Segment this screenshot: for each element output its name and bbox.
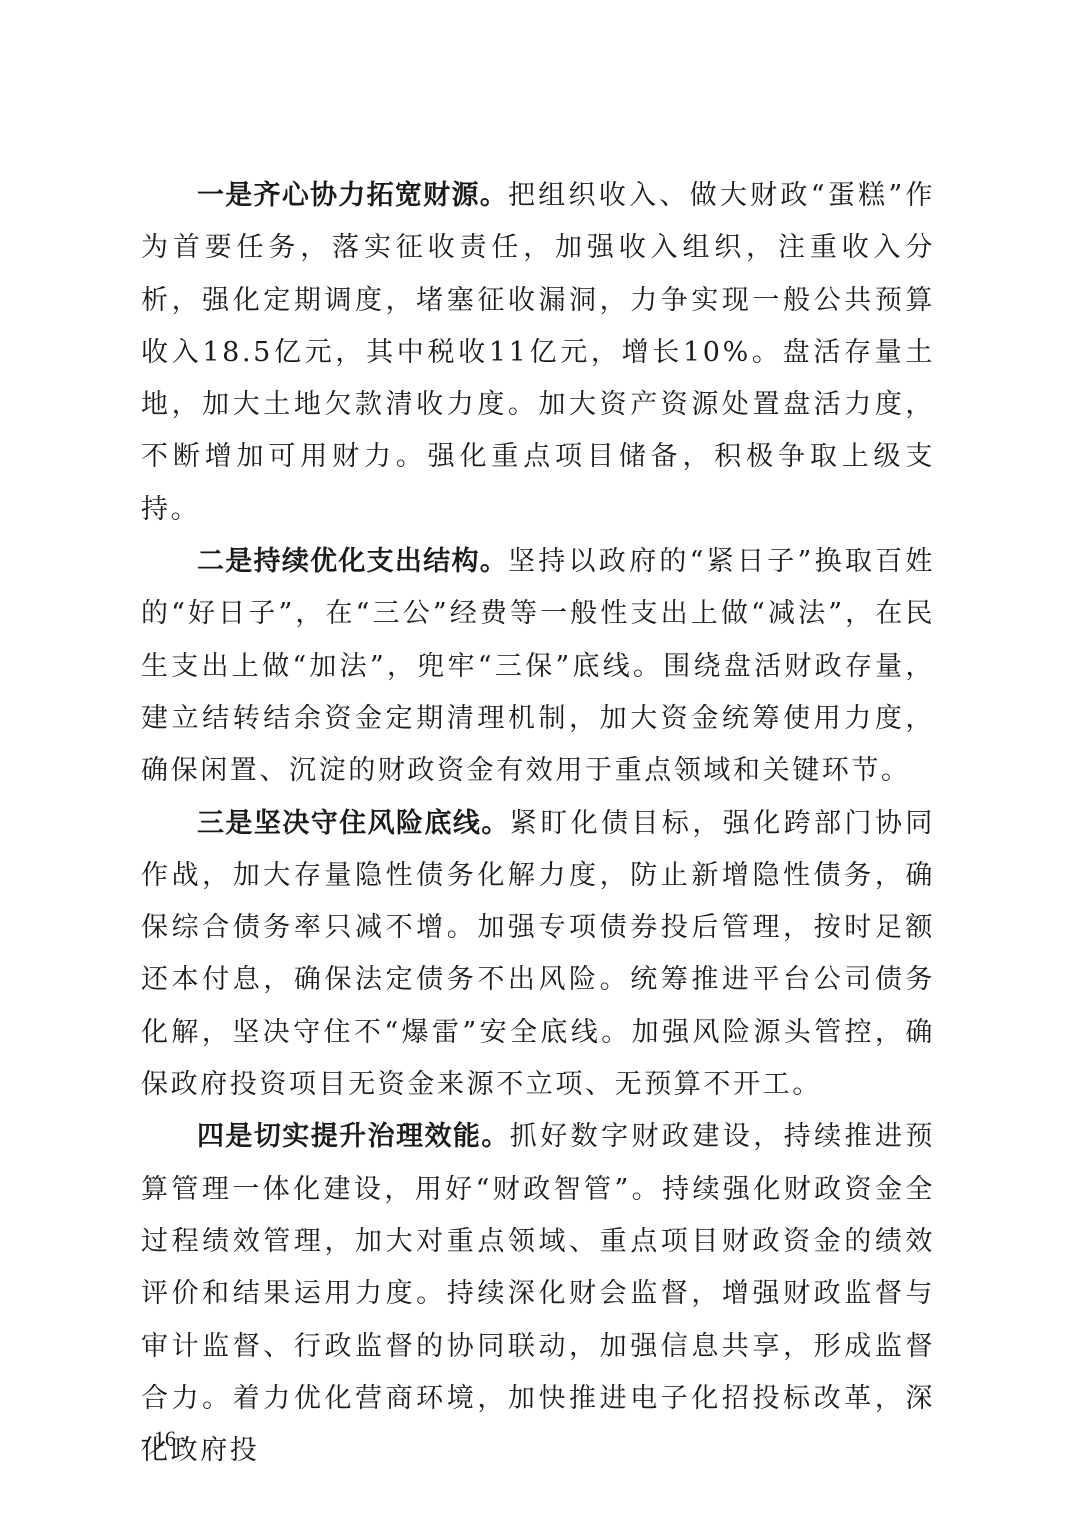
paragraph-2: 二是持续优化支出结构。坚持以政府的“紧日子”换取百姓的“好日子”，在“三公”经费… bbox=[141, 536, 935, 797]
paragraph-4: 四是切实提升治理效能。抓好数字财政建设，持续推进预算管理一体化建设，用好“财政智… bbox=[141, 1111, 935, 1477]
paragraph-4-text: 抓好数字财政建设，持续推进预算管理一体化建设，用好“财政智管”。持续强化财政资金… bbox=[141, 1121, 935, 1466]
paragraph-3-heading: 三是坚决守住风险底线。 bbox=[197, 808, 510, 839]
paragraph-1-text: 把组织收入、做大财政“蛋糕”作为首要任务，落实征收责任，加强收入组织，注重收入分… bbox=[141, 180, 935, 525]
page-number: - 16 - bbox=[141, 1426, 189, 1452]
paragraph-2-text: 坚持以政府的“紧日子”换取百姓的“好日子”，在“三公”经费等一般性支出上做“减法… bbox=[141, 546, 935, 786]
paragraph-3: 三是坚决守住风险底线。紧盯化债目标，强化跨部门协同作战，加大存量隐性债务化解力度… bbox=[141, 798, 935, 1112]
paragraph-2-heading: 二是持续优化支出结构。 bbox=[197, 546, 508, 577]
paragraph-1: 一是齐心协力拓宽财源。把组织收入、做大财政“蛋糕”作为首要任务，落实征收责任，加… bbox=[141, 170, 935, 536]
paragraph-1-heading: 一是齐心协力拓宽财源。 bbox=[197, 180, 508, 211]
paragraph-4-heading: 四是切实提升治理效能。 bbox=[197, 1121, 510, 1152]
paragraph-3-text: 紧盯化债目标，强化跨部门协同作战，加大存量隐性债务化解力度，防止新增隐性债务，确… bbox=[141, 808, 935, 1100]
document-body: 一是齐心协力拓宽财源。把组织收入、做大财政“蛋糕”作为首要任务，落实征收责任，加… bbox=[141, 170, 935, 1477]
